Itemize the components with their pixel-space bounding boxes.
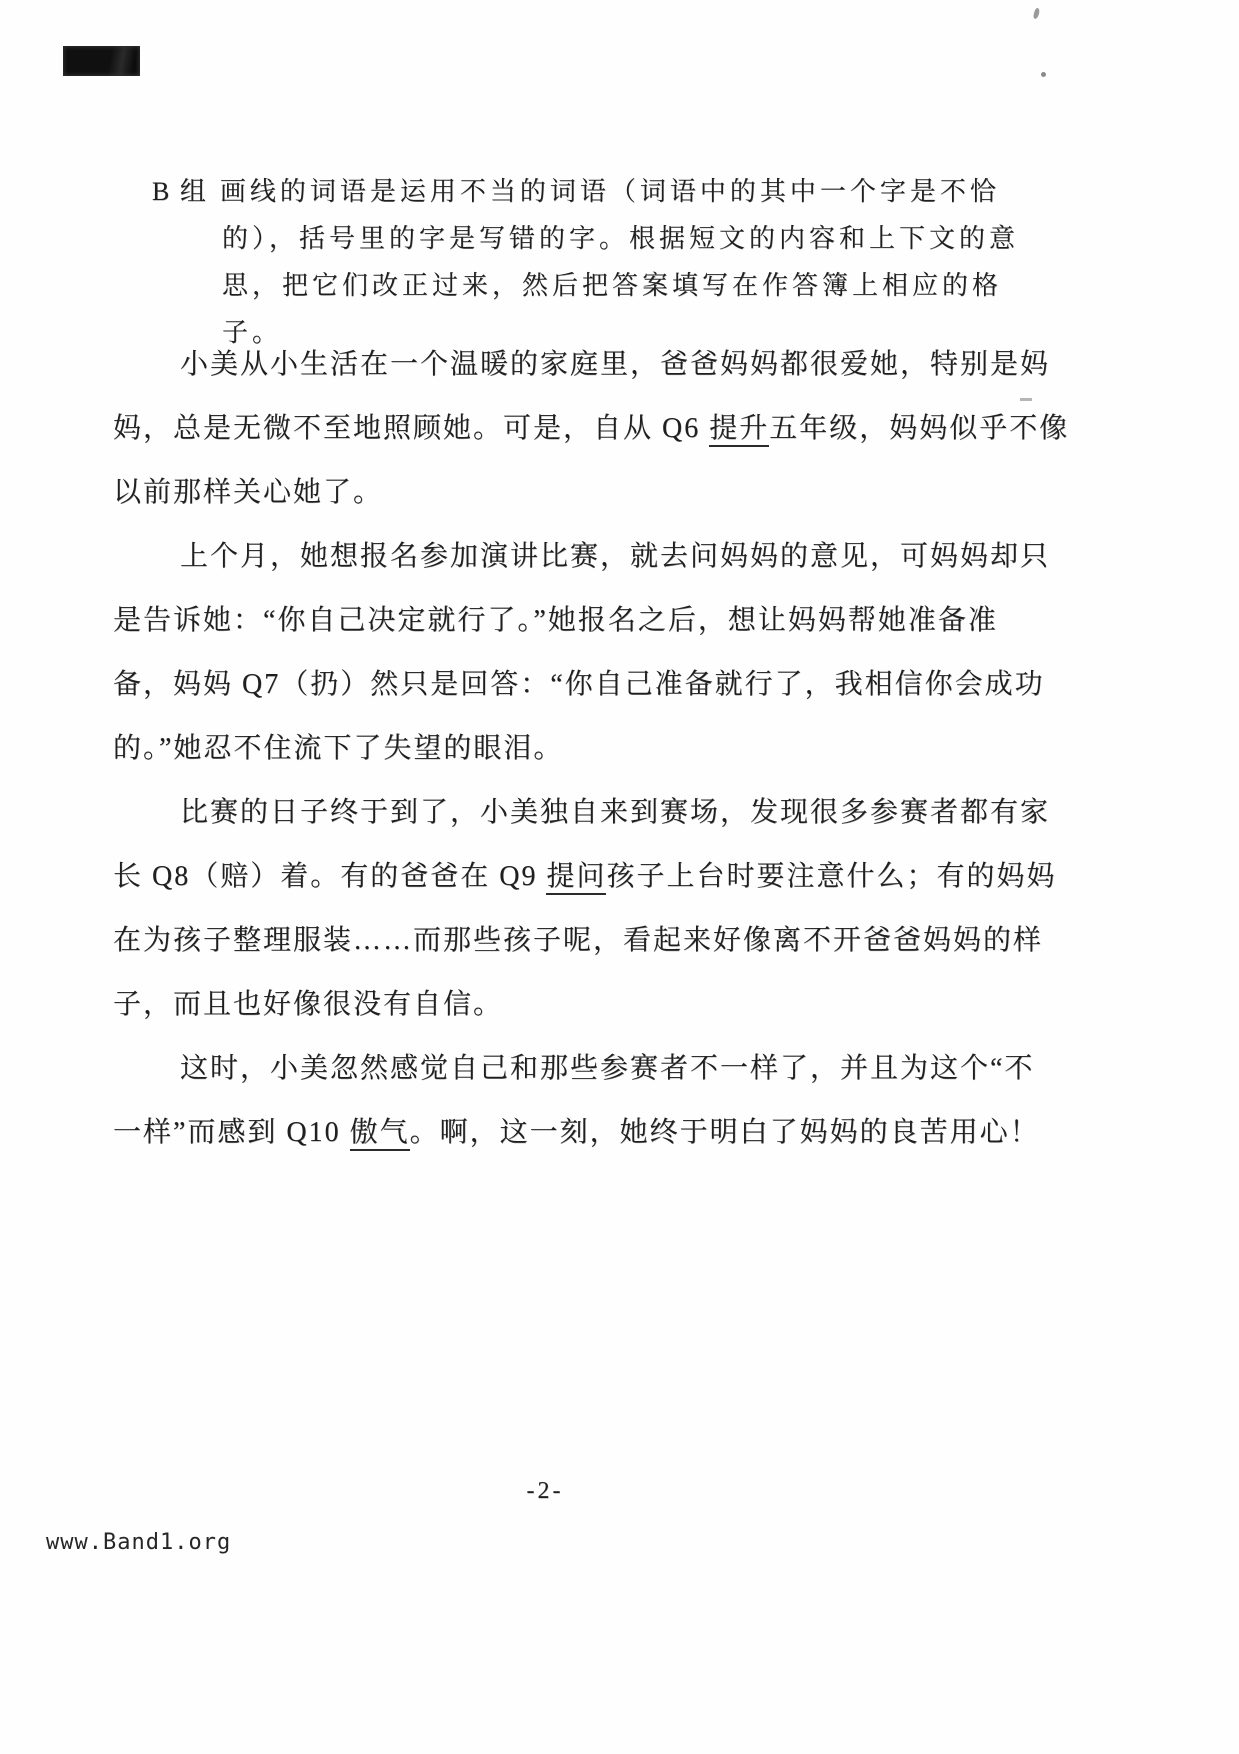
instruction-text: 画线的词语是运用不当的词语（词语中的其中一个字是不恰: [220, 177, 1000, 206]
passage-line: 在为孩子整理服装……而那些孩子呢，看起来好像离不开爸爸妈妈的样: [113, 909, 1028, 973]
passage-segment: 子，而且也好像很没有自信。: [113, 989, 503, 1020]
passage-segment: 五年级，妈妈似乎不像: [769, 413, 1069, 444]
passage-segment: 孩子上台时要注意什么；有的妈妈: [606, 861, 1056, 892]
passage-line: 以前那样关心她了。: [113, 461, 1028, 525]
scan-speck: [1032, 7, 1040, 19]
instruction-line: 的），括号里的字是写错的字。根据短文的内容和上下文的意: [152, 215, 1022, 262]
redaction-box: [63, 46, 140, 76]
underlined-word: 傲气: [350, 1117, 410, 1151]
passage-segment: 这时，小美忽然感觉自己和那些参赛者不一样了，并且为这个“不: [180, 1053, 1034, 1084]
section-b-instructions: B 组画线的词语是运用不当的词语（词语中的其中一个字是不恰 的），括号里的字是写…: [152, 168, 1022, 356]
section-label: B 组: [152, 177, 208, 206]
passage-segment: 比赛的日子终于到了，小美独自来到赛场，发现很多参赛者都有家: [180, 797, 1050, 828]
passage-line: 的。”她忍不住流下了失望的眼泪。: [113, 717, 1028, 781]
underlined-word: 提升: [709, 413, 769, 447]
passage-line: 小美从小生活在一个温暖的家庭里，爸爸妈妈都很爱她，特别是妈: [113, 333, 1028, 397]
passage-line: 是告诉她：“你自己决定就行了。”她报名之后，想让妈妈帮她准备准: [113, 589, 1028, 653]
passage-segment: 长 Q8（赔）着。有的爸爸在 Q9: [113, 861, 546, 892]
passage-line: 一样”而感到 Q10 傲气。啊，这一刻，她终于明白了妈妈的良苦用心！: [113, 1101, 1028, 1165]
passage-segment: 一样”而感到 Q10: [113, 1117, 350, 1148]
instruction-line: B 组画线的词语是运用不当的词语（词语中的其中一个字是不恰: [152, 168, 1022, 215]
passage-line: 妈，总是无微不至地照顾她。可是，自从 Q6 提升五年级，妈妈似乎不像: [113, 397, 1028, 461]
passage-text: 小美从小生活在一个温暖的家庭里，爸爸妈妈都很爱她，特别是妈 妈，总是无微不至地照…: [113, 333, 1028, 1165]
scan-speck: [1041, 72, 1046, 77]
passage-line: 比赛的日子终于到了，小美独自来到赛场，发现很多参赛者都有家: [113, 781, 1028, 845]
scanned-exam-page: B 组画线的词语是运用不当的词语（词语中的其中一个字是不恰 的），括号里的字是写…: [0, 0, 1239, 1754]
passage-segment: 上个月，她想报名参加演讲比赛，就去问妈妈的意见，可妈妈却只: [180, 541, 1050, 572]
underlined-word: 提问: [546, 861, 606, 895]
passage-line: 上个月，她想报名参加演讲比赛，就去问妈妈的意见，可妈妈却只: [113, 525, 1028, 589]
passage-segment: 。啊，这一刻，她终于明白了妈妈的良苦用心！: [410, 1117, 1040, 1148]
passage-segment: 妈，总是无微不至地照顾她。可是，自从 Q6: [113, 413, 709, 444]
passage-segment: 备，妈妈 Q7（扔）然只是回答：“你自己准备就行了，我相信你会成功: [113, 669, 1045, 700]
passage-line: 这时，小美忽然感觉自己和那些参赛者不一样了，并且为这个“不: [113, 1037, 1028, 1101]
page-number: -2-: [500, 1478, 590, 1505]
passage-segment: 小美从小生活在一个温暖的家庭里，爸爸妈妈都很爱她，特别是妈: [180, 349, 1050, 380]
passage-segment: 以前那样关心她了。: [113, 477, 383, 508]
passage-segment: 在为孩子整理服装……而那些孩子呢，看起来好像离不开爸爸妈妈的样: [113, 925, 1043, 956]
passage-segment: 的。”她忍不住流下了失望的眼泪。: [113, 733, 563, 764]
passage-segment: 是告诉她：“你自己决定就行了。”她报名之后，想让妈妈帮她准备准: [113, 605, 998, 636]
passage-line: 长 Q8（赔）着。有的爸爸在 Q9 提问孩子上台时要注意什么；有的妈妈: [113, 845, 1028, 909]
passage-line: 子，而且也好像很没有自信。: [113, 973, 1028, 1037]
site-watermark: www.Band1.org: [46, 1530, 231, 1555]
passage-line: 备，妈妈 Q7（扔）然只是回答：“你自己准备就行了，我相信你会成功: [113, 653, 1028, 717]
